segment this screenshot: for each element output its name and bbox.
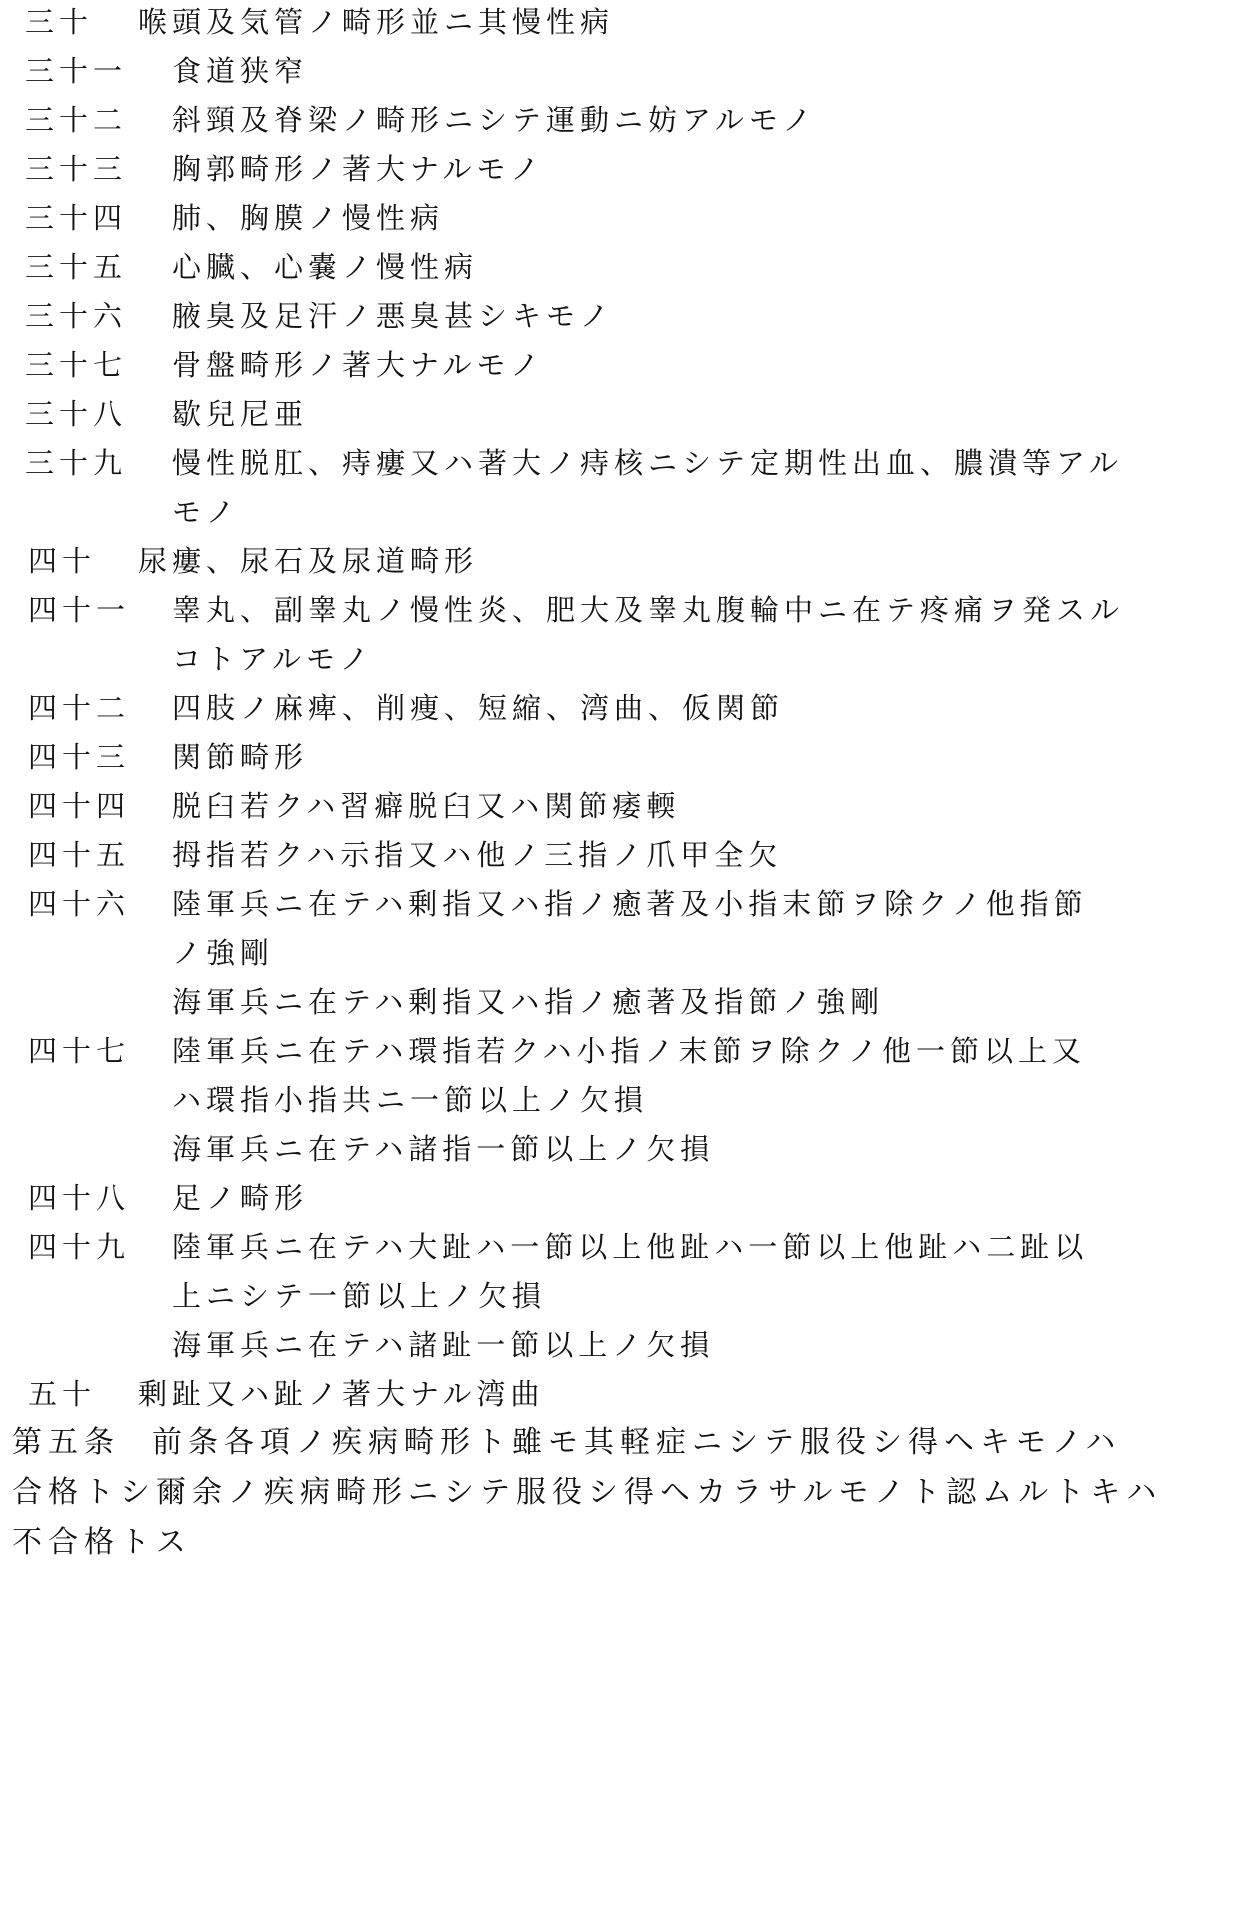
item-text: 陸軍兵ニ在テハ剰指又ハ指ノ癒著及小指末節ヲ除クノ他指節 [172,884,1088,924]
item-number: 四十五 [28,835,130,875]
article-text-continuation: 合格トシ爾余ノ疾病畸形ニシテ服役シ得ヘカラサルモノト認ムルトキハ [12,1473,1162,1513]
item-number: 四十三 [28,737,130,777]
item-number: 三十三 [25,149,127,189]
item-text: 剰趾又ハ趾ノ著大ナル湾曲 [138,1374,545,1414]
item-text-navy: 海軍兵ニ在テハ諸指一節以上ノ欠損 [172,1129,714,1169]
article-text: 前条各項ノ疾病畸形ト雖モ其軽症ニシテ服役シ得ヘキモノハ [152,1423,1121,1463]
item-text-navy: 海軍兵ニ在テハ剰指又ハ指ノ癒著及指節ノ強剛 [172,982,884,1022]
item-text: 胸郭畸形ノ著大ナルモノ [172,149,544,189]
item-number: 四十六 [28,884,130,924]
item-number: 三十四 [25,198,127,238]
item-number: 三十七 [25,345,127,385]
item-text-continuation: ハ環指小指共ニ一節以上ノ欠損 [172,1080,648,1120]
item-text-continuation: 上ニシテ一節以上ノ欠損 [172,1276,546,1316]
item-number: 四十八 [28,1178,130,1218]
item-text: 肺、胸膜ノ慢性病 [172,198,444,238]
item-number: 三十六 [25,296,127,336]
item-number: 三十八 [25,394,127,434]
item-text: 拇指若クハ示指又ハ他ノ三指ノ爪甲全欠 [172,835,782,875]
item-text: 腋臭及足汗ノ悪臭甚シキモノ [172,296,614,336]
item-number: 四十九 [28,1227,130,1267]
item-text: 四肢ノ麻痺、削痩、短縮、湾曲、仮関節 [172,688,784,728]
item-number: 三十 [25,2,93,42]
item-text: 脱臼若クハ習癖脱臼又ハ関節痿輭 [172,786,680,826]
item-text: 関節畸形 [172,737,308,777]
item-number: 三十九 [25,443,127,483]
item-text: 睾丸、副睾丸ノ慢性炎、肥大及睾丸腹輪中ニ在テ疼痛ヲ発スル [172,590,1124,630]
item-number: 四十一 [28,590,130,630]
item-text-continuation: モノ [172,492,240,532]
item-text: 歇兒尼亜 [172,394,308,434]
item-number: 三十二 [25,100,127,140]
item-number: 四十四 [28,786,130,826]
item-text: 陸軍兵ニ在テハ大趾ハ一節以上他趾ハ一節以上他趾ハ二趾以 [172,1227,1088,1267]
item-text: 喉頭及気管ノ畸形並ニ其慢性病 [138,2,614,42]
item-number: 四十 [28,541,96,581]
item-text: 尿瘻、尿石及尿道畸形 [138,541,478,581]
article-text-continuation: 不合格トス [12,1523,192,1563]
item-number: 三十一 [25,51,127,91]
article-label: 第五条 [12,1423,120,1463]
item-text: 足ノ畸形 [172,1178,308,1218]
item-text: 斜頸及脊梁ノ畸形ニシテ運動ニ妨アルモノ [172,100,817,140]
item-text-continuation: ノ強剛 [172,933,274,973]
item-text: 食道狭窄 [172,51,308,91]
item-number: 四十二 [28,688,130,728]
item-text-continuation: コトアルモノ [172,639,374,679]
item-number: 四十七 [28,1031,130,1071]
item-text: 心臓、心嚢ノ慢性病 [172,247,478,287]
item-text: 陸軍兵ニ在テハ環指若クハ小指ノ末節ヲ除クノ他一節以上又 [172,1031,1086,1071]
item-number: 三十五 [25,247,127,287]
item-number: 五十 [28,1374,96,1414]
item-text: 慢性脱肛、痔瘻又ハ著大ノ痔核ニシテ定期性出血、膿潰等アル [172,443,1123,483]
item-text-navy: 海軍兵ニ在テハ諸趾一節以上ノ欠損 [172,1325,714,1365]
item-text: 骨盤畸形ノ著大ナルモノ [172,345,544,385]
